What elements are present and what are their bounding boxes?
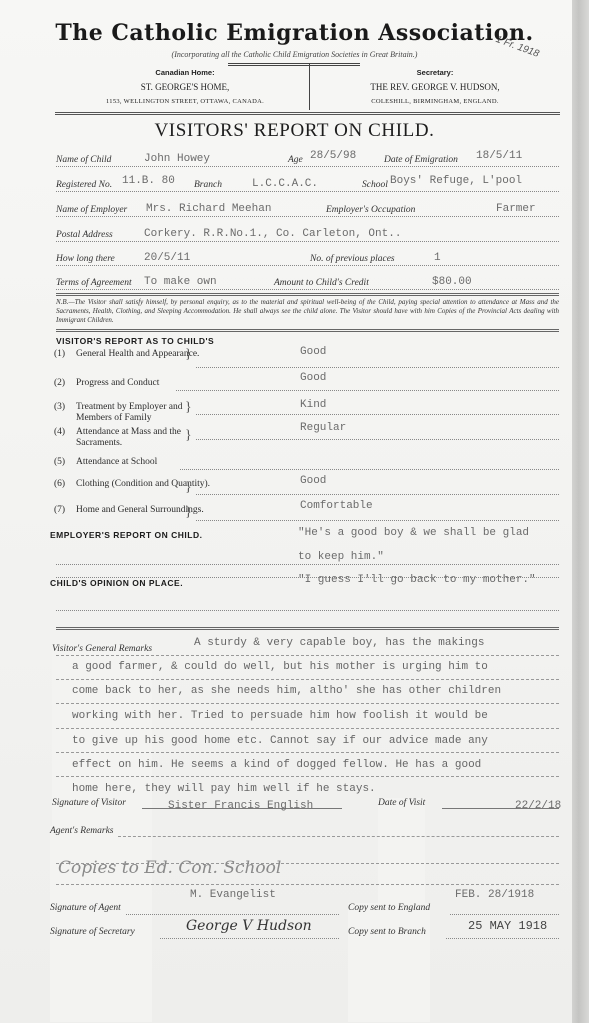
row-employer: Name of Employer Mrs. Richard Meehan Emp… (56, 200, 559, 217)
terms-label: Terms of Agreement (56, 278, 132, 288)
credit-value[interactable]: $80.00 (432, 276, 472, 288)
postal-address-value[interactable]: Corkery. R.R.No.1., Co. Carleton, Ont.. (144, 228, 401, 240)
brace-icon: } (185, 400, 192, 416)
child-opinion-heading: CHILD'S OPINION ON PLACE. (50, 578, 183, 588)
progress-line (176, 378, 559, 391)
canadian-home-block: Canadian Home: ST. GEORGE'S HOME, 1153, … (70, 68, 300, 105)
title-rule (55, 112, 560, 115)
row-terms: Terms of Agreement To make own Amount to… (56, 273, 559, 290)
agent-remarks-line (118, 826, 559, 837)
terms-value[interactable]: To make own (144, 276, 217, 288)
employer-name-value[interactable]: Mrs. Richard Meehan (146, 203, 271, 215)
copy-branch-value[interactable]: 25 MAY 1918 (468, 919, 547, 1022)
school-label: School (362, 180, 388, 190)
branch-value[interactable]: L.C.C.A.C. (252, 178, 318, 190)
employer-occupation-label: Employer's Occupation (326, 205, 415, 215)
secretary-address: COLESHILL, BIRMINGHAM, ENGLAND. (320, 98, 550, 105)
school-line (180, 457, 559, 470)
brace-icon: } (185, 505, 192, 521)
remark-rule (56, 691, 559, 704)
credit-label: Amount to Child's Credit (274, 278, 369, 288)
brace-icon: } (185, 480, 192, 496)
visitor-report-heading: VISITOR'S REPORT AS TO CHILD'S (56, 336, 214, 346)
how-long-value[interactable]: 20/5/11 (144, 252, 190, 264)
note-rule-bottom (56, 329, 559, 332)
item-number: (6) (54, 479, 72, 490)
row-registration: Registered No. 11.B. 80 Branch L.C.C.A.C… (56, 175, 559, 192)
canadian-home-address: 1153, WELLINGTON STREET, OTTAWA, CANADA. (70, 98, 300, 105)
secretary-name: THE REV. GEORGE V. HUDSON, (320, 82, 550, 92)
home-line (196, 508, 559, 521)
branch-label: Branch (194, 180, 222, 190)
secretary-signature-label: Signature of Secretary (50, 927, 135, 1022)
remark-rule (56, 643, 559, 656)
canadian-home-label: Canadian Home: (70, 68, 300, 77)
brace-icon: } (185, 428, 192, 444)
header-divider (309, 64, 310, 110)
item-label: General Health and Appearance. (76, 349, 201, 360)
child-name-value[interactable]: John Howey (144, 153, 210, 165)
association-subtitle: (Incorporating all the Catholic Child Em… (0, 50, 589, 59)
mass-line (196, 427, 559, 440)
item-label: Clothing (Condition and Quantity). (76, 479, 216, 490)
age-label: Age (288, 155, 303, 165)
health-line (196, 355, 559, 368)
item-number: (7) (54, 505, 72, 516)
previous-places-value[interactable]: 1 (434, 252, 441, 264)
school-value[interactable]: Boys' Refuge, L'pool (390, 175, 522, 187)
previous-places-label: No. of previous places (310, 254, 395, 264)
secretary-block: Secretary: THE REV. GEORGE V. HUDSON, CO… (320, 68, 550, 105)
header-rule (228, 63, 360, 66)
note-rule-top (56, 293, 559, 296)
canadian-home-name: ST. GEORGE'S HOME, (70, 82, 300, 92)
page-edge (572, 0, 589, 1023)
agent-remarks-line (56, 874, 559, 885)
clothing-line (196, 482, 559, 495)
agent-signature-line (126, 904, 339, 915)
postal-address-label: Postal Address (56, 230, 113, 240)
employer-occupation-value[interactable]: Farmer (496, 203, 536, 215)
item-number: (4) (54, 427, 72, 438)
secretary-label: Secretary: (320, 68, 550, 77)
remark-rule (56, 716, 559, 729)
copy-branch-label: Copy sent to Branch (348, 927, 426, 1022)
item-number: (1) (54, 349, 72, 360)
remark-rule (56, 764, 559, 777)
treatment-line (196, 402, 559, 415)
secretary-signature-value[interactable]: George V Hudson (186, 918, 312, 934)
how-long-label: How long there (56, 254, 115, 264)
visitor-note: N.B.—The Visitor shall satisfy himself, … (56, 298, 559, 325)
item-number: (2) (54, 378, 72, 389)
row-how-long: How long there 20/5/11 No. of previous p… (56, 249, 559, 266)
employer-name-label: Name of Employer (56, 205, 127, 215)
brace-icon: } (185, 347, 192, 363)
row-postal-address: Postal Address Corkery. R.R.No.1., Co. C… (56, 225, 559, 242)
employer-report-heading: EMPLOYER'S REPORT ON CHILD. (50, 530, 202, 540)
row-child-name: Name of Child John Howey Age 28/5/98 Dat… (56, 150, 559, 167)
emigration-date-value[interactable]: 18/5/11 (476, 150, 522, 162)
child-opinion-line (56, 598, 559, 611)
form-title: VISITORS' REPORT ON CHILD. (0, 120, 589, 142)
registered-no-value[interactable]: 11.B. 80 (122, 175, 175, 187)
remark-rule (56, 667, 559, 680)
item-number: (5) (54, 457, 72, 468)
child-name-label: Name of Child (56, 155, 111, 165)
remarks-rule (56, 627, 559, 630)
age-value[interactable]: 28/5/98 (310, 150, 356, 162)
item-number: (3) (54, 402, 72, 413)
remark-rule (56, 740, 559, 753)
remark-line-7[interactable]: home here, they will pay him well if he … (72, 783, 376, 795)
copy-england-line (450, 904, 559, 915)
registered-no-label: Registered No. (56, 180, 112, 190)
emigration-date-label: Date of Emigration (384, 155, 458, 165)
